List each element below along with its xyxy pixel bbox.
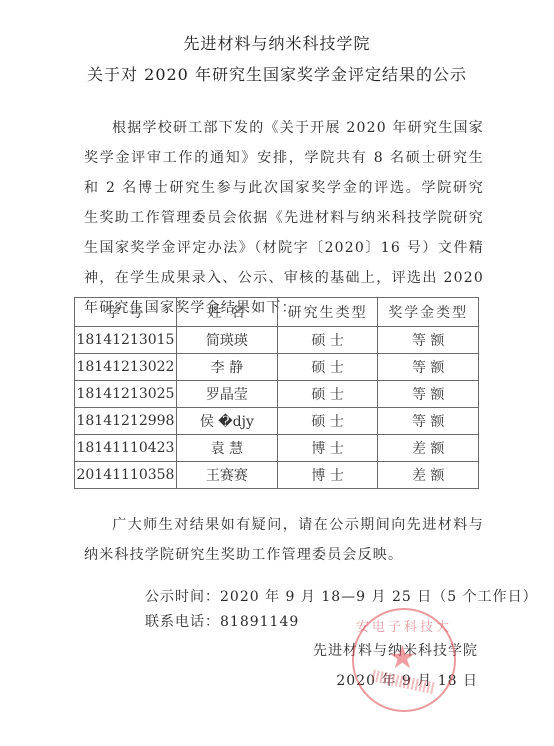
header-scholarship-type: 奖学金类型 [378,298,479,327]
header-student-type: 研究生类型 [277,298,378,327]
signature-date: 2020 年 9 月 18 日 [336,670,478,690]
cell-name: 罗晶莹 [176,381,277,408]
intro-paragraph-text: 根据学校研工部下发的《关于开展 2020 年研究生国家奖学金评审工作的通知》安排… [84,120,484,316]
cell-student-id: 18141213022 [75,354,177,381]
publicity-period: 公示时间：2020 年 9 月 18—9 月 25 日（5 个工作日） [145,586,538,606]
cell-name: 袁 慧 [176,435,277,462]
cell-student-type: 博 士 [277,435,378,462]
cell-student-type: 硕 士 [277,354,378,381]
header-student-id: 学 号 [75,298,177,327]
cell-scholarship-type: 差 额 [378,435,479,462]
cell-name: 李 静 [176,354,277,381]
table-row: 18141213025 罗晶莹 硕 士 等 额 [75,381,479,408]
table-row: 18141213022 李 静 硕 士 等 额 [75,354,479,381]
cell-student-type: 硕 士 [277,381,378,408]
table-row: 18141110423 袁 慧 博 士 差 额 [75,435,479,462]
document-title: 关于对 2020 年研究生国家奖学金评定结果的公示 [0,62,554,85]
feedback-paragraph-text: 广大师生对结果如有疑问，请在公示期间向先进材料与纳米科技学院研究生奖助工作管理委… [84,517,484,563]
cell-student-type: 硕 士 [277,408,378,435]
cell-name: 简瑛瑛 [176,327,277,354]
cell-scholarship-type: 等 额 [378,327,479,354]
table-row: 18141212998 侯 �djy 硕 士 等 额 [75,408,479,435]
cell-scholarship-type: 差 额 [378,462,479,489]
cell-name: 侯 �djy [176,408,277,435]
seal-text: 安电子科技大 [354,616,454,635]
header-name: 姓 名 [176,298,277,327]
cell-student-type: 博 士 [277,462,378,489]
scholarship-results-table: 学 号 姓 名 研究生类型 奖学金类型 18141213015 简瑛瑛 硕 士 … [74,297,479,489]
document-title-org: 先进材料与纳米科技学院 [0,31,554,54]
cell-scholarship-type: 等 额 [378,354,479,381]
table-row: 18141213015 简瑛瑛 硕 士 等 额 [75,327,479,354]
signature-organization: 先进材料与纳米科技学院 [313,640,478,660]
official-seal: 安电子科技大 ★ [352,608,456,712]
cell-student-id: 18141110423 [75,435,177,462]
cell-scholarship-type: 等 额 [378,408,479,435]
cell-student-id: 18141213025 [75,381,177,408]
cell-student-type: 硕 士 [277,327,378,354]
cell-student-id: 18141213015 [75,327,177,354]
table-row: 20141110358 王赛赛 博 士 差 额 [75,462,479,489]
intro-paragraph: 根据学校研工部下发的《关于开展 2020 年研究生国家奖学金评审工作的通知》安排… [84,113,484,323]
table-header-row: 学 号 姓 名 研究生类型 奖学金类型 [75,298,479,327]
cell-name: 王赛赛 [176,462,277,489]
cell-student-id: 20141110358 [75,462,177,489]
contact-phone: 联系电话：81891149 [145,611,299,631]
feedback-paragraph: 广大师生对结果如有疑问，请在公示期间向先进材料与纳米科技学院研究生奖助工作管理委… [84,510,484,570]
cell-scholarship-type: 等 额 [378,381,479,408]
cell-student-id: 18141212998 [75,408,177,435]
